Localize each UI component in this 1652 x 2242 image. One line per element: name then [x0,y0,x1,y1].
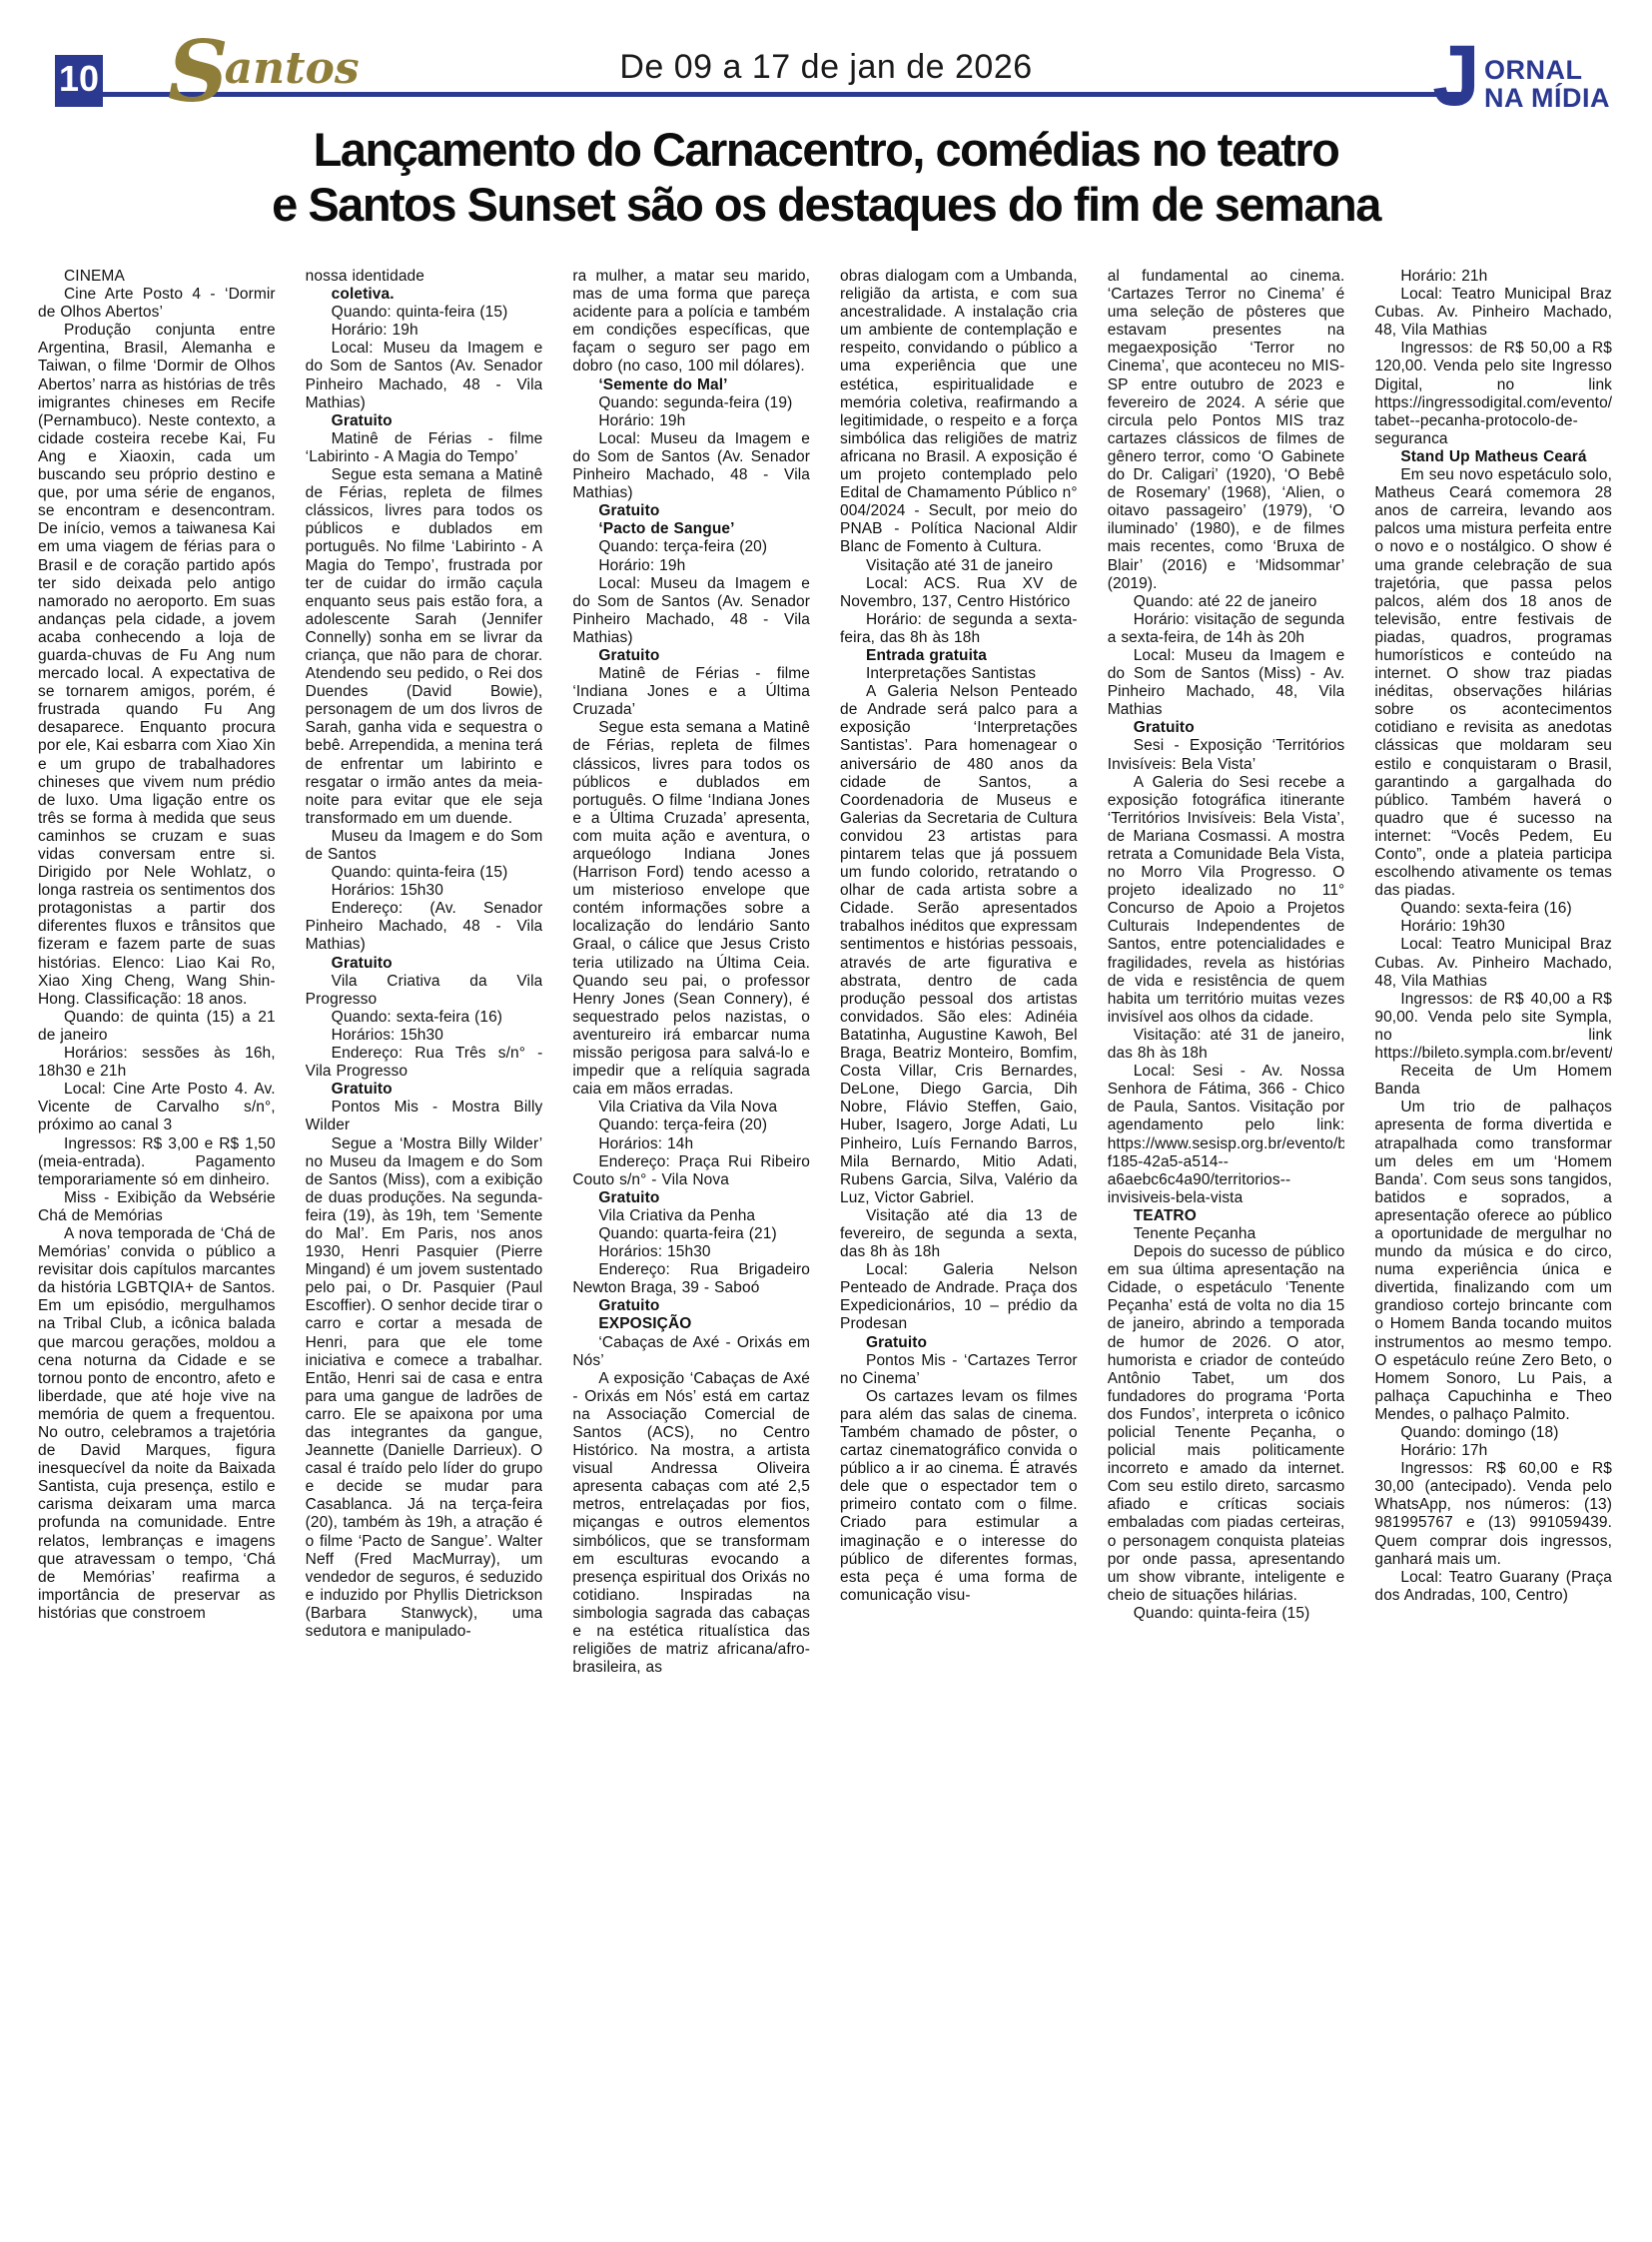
article-paragraph: Visitação: até 31 de janeiro, das 8h às … [1108,1027,1345,1063]
article-paragraph: Local: ACS. Rua XV de Novembro, 137, Cen… [840,575,1078,611]
article-heading: Stand Up Matheus Ceará [1374,448,1612,466]
article-heading: Gratuito [572,502,810,520]
article-heading: Gratuito [572,647,810,665]
article-paragraph: Ingressos: R$ 60,00 e R$ 30,00 (antecipa… [1374,1460,1612,1569]
article-paragraph: Receita de Um Homem Banda [1374,1063,1612,1099]
article-paragraph: Horários: 15h30 [306,1027,543,1045]
column-1: CINEMACine Arte Posto 4 - ‘Dormir de Olh… [38,268,276,2238]
article-paragraph: Quando: de quinta (15) a 21 de janeiro [38,1009,276,1045]
article-heading: Gratuito [840,1334,1078,1352]
article-paragraph: Local: Teatro Guarany (Praça dos Andrada… [1374,1569,1612,1605]
article-paragraph: Horário: 19h30 [1374,918,1612,936]
article-paragraph: Sesi - Exposição ‘Territórios Invisíveis… [1108,737,1345,773]
article-paragraph: A Galeria do Sesi recebe a exposição fot… [1108,774,1345,1027]
article-heading: Gratuito [306,1081,543,1099]
article-paragraph: Quando: sexta-feira (16) [306,1009,543,1027]
jornal-logo-line1: ORNAL [1484,56,1610,84]
article-heading: ‘Semente do Mal’ [572,376,810,394]
article-paragraph: Segue a ‘Mostra Billy Wilder’ no Museu d… [306,1135,543,1642]
column-5: al fundamental ao cinema. ‘Cartazes Terr… [1108,268,1345,2238]
article-paragraph: Matinê de Férias - filme ‘Indiana Jones … [572,665,810,719]
article-paragraph: Vila Criativa da Penha [572,1207,810,1225]
article-heading: Gratuito [1108,719,1345,737]
article-paragraph: Horário: visitação de segunda a sexta-fe… [1108,611,1345,647]
jornal-logo-line2: NA MÍDIA [1484,84,1610,112]
article-paragraph: A exposição ‘Cabaças de Axé - Orixás em … [572,1370,810,1678]
article-paragraph: A Galeria Nelson Penteado de Andrade ser… [840,683,1078,1207]
article-paragraph: Horários: 15h30 [572,1243,810,1261]
article-paragraph: Local: Teatro Municipal Braz Cubas. Av. … [1374,936,1612,990]
article-paragraph: ‘Cabaças de Axé - Orixás em Nós’ [572,1334,810,1370]
article-paragraph: Horários: 14h [572,1135,810,1153]
article-paragraph: Horário: 19h [306,322,543,340]
article-heading: EXPOSIÇÃO [572,1315,810,1333]
article-paragraph: nossa identidade [306,268,543,286]
article-paragraph: Ingressos: de R$ 50,00 a R$ 120,00. Vend… [1374,340,1612,448]
article-paragraph: Quando: sexta-feira (16) [1374,900,1612,918]
article-paragraph: Horários: 15h30 [306,882,543,900]
article-paragraph: Museu da Imagem e do Som de Santos [306,828,543,864]
article-paragraph: Quando: quinta-feira (15) [306,304,543,322]
article-paragraph: Quando: quarta-feira (21) [572,1225,810,1243]
article-paragraph: Quando: quinta-feira (15) [306,864,543,882]
article-paragraph: Os cartazes levam os filmes para além da… [840,1388,1078,1605]
article-paragraph: Um trio de palhaços apresenta de forma d… [1374,1099,1612,1424]
article-paragraph: Local: Sesi - Av. Nossa Senhora de Fátim… [1108,1063,1345,1207]
headline-line1: Lançamento do Carnacentro, comédias no t… [0,122,1652,177]
article-paragraph: Matinê de Férias - filme ‘Labirinto - A … [306,430,543,466]
article-paragraph: Interpretações Santistas [840,665,1078,683]
article-paragraph: Endereço: (Av. Senador Pinheiro Machado,… [306,900,543,954]
article-heading: Gratuito [306,412,543,430]
article-paragraph: Quando: terça-feira (20) [572,1117,810,1134]
column-3: ra mulher, a matar seu marido, mas de um… [572,268,810,2238]
article-paragraph: Ingressos: de R$ 40,00 a R$ 90,00. Venda… [1374,991,1612,1063]
article-paragraph: ra mulher, a matar seu marido, mas de um… [572,268,810,376]
article-paragraph: Visitação até dia 13 de fevereiro, de se… [840,1207,1078,1261]
article-paragraph: al fundamental ao cinema. ‘Cartazes Terr… [1108,268,1345,593]
article-paragraph: Segue esta semana a Matinê de Férias, re… [306,466,543,828]
article-paragraph: Segue esta semana a Matinê de Férias, re… [572,719,810,1099]
article-paragraph: Local: Museu da Imagem e do Som de Santo… [1108,647,1345,719]
article-paragraph: Quando: até 22 de janeiro [1108,593,1345,611]
article-paragraph: Local: Museu da Imagem e do Som de Santo… [572,575,810,647]
article-paragraph: Endereço: Rua Três s/n° - Vila Progresso [306,1045,543,1081]
article-paragraph: Horário: de segunda a sexta-feira, das 8… [840,611,1078,647]
article-paragraph: Quando: segunda-feira (19) [572,394,810,412]
jornal-na-midia-logo: J ORNAL NA MÍDIA [1432,40,1610,112]
article-paragraph: Local: Cine Arte Posto 4. Av. Vicente de… [38,1081,276,1134]
article-paragraph: Pontos Mis - ‘Cartazes Terror no Cinema’ [840,1352,1078,1388]
article-paragraph: Vila Criativa da Vila Nova [572,1099,810,1117]
article-heading: Gratuito [572,1297,810,1315]
article-paragraph: Visitação até 31 de janeiro [840,557,1078,575]
newspaper-page: 10 Santos De 09 a 17 de jan de 2026 J OR… [0,0,1652,2242]
article-paragraph: Quando: quinta-feira (15) [1108,1605,1345,1623]
article-heading: TEATRO [1108,1207,1345,1225]
article-paragraph: Depois do sucesso de público em sua últi… [1108,1243,1345,1605]
article-paragraph: Horário: 19h [572,557,810,575]
article-paragraph: Local: Museu da Imagem e do Som de Santo… [572,430,810,502]
article-paragraph: Local: Galeria Nelson Penteado de Andrad… [840,1261,1078,1333]
article-paragraph: Local: Teatro Municipal Braz Cubas. Av. … [1374,286,1612,340]
article-heading: coletiva. [306,286,543,304]
article-paragraph: Vila Criativa da Vila Progresso [306,973,543,1009]
article-paragraph: obras dialogam com a Umbanda, religião d… [840,268,1078,557]
article-paragraph: Quando: domingo (18) [1374,1424,1612,1442]
article-paragraph: Miss - Exibição da Websérie Chá de Memór… [38,1189,276,1225]
article-paragraph: Horário: 19h [572,412,810,430]
column-2: nossa identidadecoletiva.Quando: quinta-… [306,268,543,2238]
column-4: obras dialogam com a Umbanda, religião d… [840,268,1078,2238]
article-columns: CINEMACine Arte Posto 4 - ‘Dormir de Olh… [38,268,1612,2238]
headline: Lançamento do Carnacentro, comédias no t… [0,122,1652,232]
article-paragraph: A nova temporada de ‘Chá de Memórias’ co… [38,1225,276,1623]
article-heading: Gratuito [306,955,543,973]
article-paragraph: Pontos Mis - Mostra Billy Wilder [306,1099,543,1134]
article-paragraph: Tenente Peçanha [1108,1225,1345,1243]
article-paragraph: Horário: 21h [1374,268,1612,286]
article-paragraph: Quando: terça-feira (20) [572,538,810,556]
article-paragraph: Endereço: Rua Brigadeiro Newton Braga, 3… [572,1261,810,1297]
article-paragraph: CINEMA [38,268,276,286]
article-paragraph: Horário: 17h [1374,1442,1612,1460]
column-6: Horário: 21hLocal: Teatro Municipal Braz… [1374,268,1612,2238]
article-heading: ‘Pacto de Sangue’ [572,520,810,538]
article-paragraph: Endereço: Praça Rui Ribeiro Couto s/n° -… [572,1153,810,1189]
article-heading: Entrada gratuita [840,647,1078,665]
article-paragraph: Produção conjunta entre Argentina, Brasi… [38,322,276,1009]
article-heading: Gratuito [572,1189,810,1207]
article-paragraph: Horários: sessões às 16h, 18h30 e 21h [38,1045,276,1081]
article-paragraph: Local: Museu da Imagem e do Som de Santo… [306,340,543,411]
headline-line2: e Santos Sunset são os destaques do fim … [0,177,1652,232]
article-paragraph: Cine Arte Posto 4 - ‘Dormir de Olhos Abe… [38,286,276,322]
edition-date: De 09 a 17 de jan de 2026 [0,48,1652,87]
article-paragraph: Ingressos: R$ 3,00 e R$ 1,50 (meia-entra… [38,1135,276,1189]
jornal-logo-initial: J [1432,40,1480,112]
article-paragraph: Em seu novo espetáculo solo, Matheus Cea… [1374,466,1612,900]
